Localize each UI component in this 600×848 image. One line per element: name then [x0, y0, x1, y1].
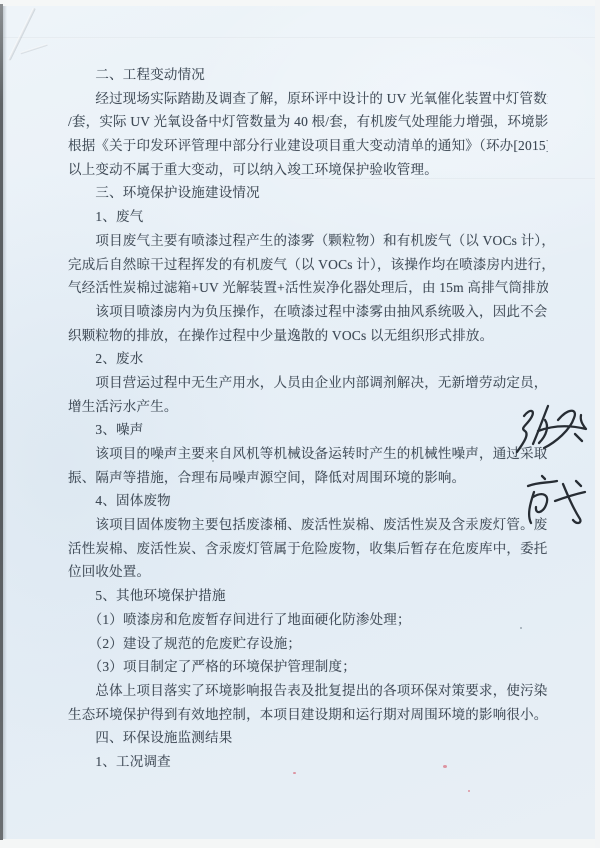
text-line: 2、废水 — [68, 347, 548, 371]
text-line: 四、环保设施监测结果 — [68, 726, 548, 750]
text-line: 经过现场实际踏勘及调查了解，原环评中设计的 UV 光氧催化装置中灯管数量为 20… — [68, 87, 548, 111]
text-line: /套，实际 UV 光氧设备中灯管数量为 40 根/套，有机废气处理能力增强，环境… — [68, 110, 548, 134]
scan-edge-left-shadow — [3, 6, 7, 839]
handwritten-signature-ink-1 — [512, 400, 592, 458]
text-line: 完成后自然晾干过程挥发的有机废气（以 VOCs 计），该操作均在喷漆房内进行，产… — [68, 253, 548, 277]
text-line: 项目废气主要有喷漆过程产生的漆雾（颗粒物）和有机废气（以 VOCs 计），以及喷… — [68, 229, 548, 253]
text-line: 织颗粒物的排放，在操作过程中少量逸散的 VOCs 以无组织形式排放。 — [68, 324, 548, 348]
text-line: 三、环境保护设施建设情况 — [68, 181, 548, 205]
text-line: 二、工程变动情况 — [68, 63, 548, 87]
scan-edge-bottom — [0, 839, 600, 848]
scan-edge-right — [595, 0, 600, 848]
text-line: （1）喷漆房和危废暂存间进行了地面硬化防渗处理； — [68, 608, 548, 632]
text-line: 总体上项目落实了环境影响报告表及批复提出的各项环保对策要求，使污染物排放和 — [68, 679, 548, 703]
text-line: 生态环境保护得到有效地控制，本项目建设期和运行期对周围环境的影响很小。 — [68, 703, 548, 727]
text-line: 位回收处置。 — [68, 560, 548, 584]
text-line: 项目营运过程中无生产用水，人员由企业内部调剂解决，无新增劳动定员，因此无新 — [68, 371, 548, 395]
text-line: 该项目的噪声主要来自风机等机械设备运转时产生的机械性噪声，通过采取有效的减 — [68, 442, 548, 466]
text-line: 3、噪声 — [68, 418, 548, 442]
text-line: （2）建设了规范的危废贮存设施； — [68, 632, 548, 656]
text-line: （3）项目制定了严格的环境保护管理制度； — [68, 655, 548, 679]
scanned-document-page: 二、工程变动情况 经过现场实际踏勘及调查了解，原环评中设计的 UV 光氧催化装置… — [0, 0, 600, 848]
text-line: 活性炭棉、废活性炭、含汞废灯管属于危险废物，收集后暂存在危废库中，委托有资质单 — [68, 537, 548, 561]
document-text-block: 二、工程变动情况 经过现场实际踏勘及调查了解，原环评中设计的 UV 光氧催化装置… — [68, 63, 548, 774]
text-line: 增生活污水产生。 — [68, 395, 548, 419]
horizontal-crease — [0, 37, 600, 39]
text-line: 该项目喷漆房内为负压操作，在喷漆过程中漆雾由抽风系统吸入，因此不会产生无组 — [68, 300, 548, 324]
text-line: 该项目固体废物主要包括废漆桶、废活性炭棉、废活性炭及含汞废灯管。废漆桶、废 — [68, 513, 548, 537]
text-line: 以上变动不属于重大变动，可以纳入竣工环境保护验收管理。 — [68, 158, 548, 182]
text-line: 1、工况调查 — [68, 750, 548, 774]
scan-edge-top — [0, 0, 600, 6]
scan-speck — [468, 790, 470, 792]
text-line: 5、其他环境保护措施 — [68, 584, 548, 608]
handwritten-signature-ink-2 — [520, 472, 588, 530]
text-line: 1、废气 — [68, 205, 548, 229]
text-line: 根据《关于印发环评管理中部分行业建设项目重大变动清单的通知》（环办[2015]5… — [68, 134, 548, 158]
text-line: 4、固体废物 — [68, 489, 548, 513]
text-line: 振、隔声等措施，合理布局噪声源空间，降低对周围环境的影响。 — [68, 466, 548, 490]
text-line: 气经活性炭棉过滤箱+UV 光解装置+活性炭净化器处理后，由 15m 高排气筒排放… — [68, 276, 548, 300]
